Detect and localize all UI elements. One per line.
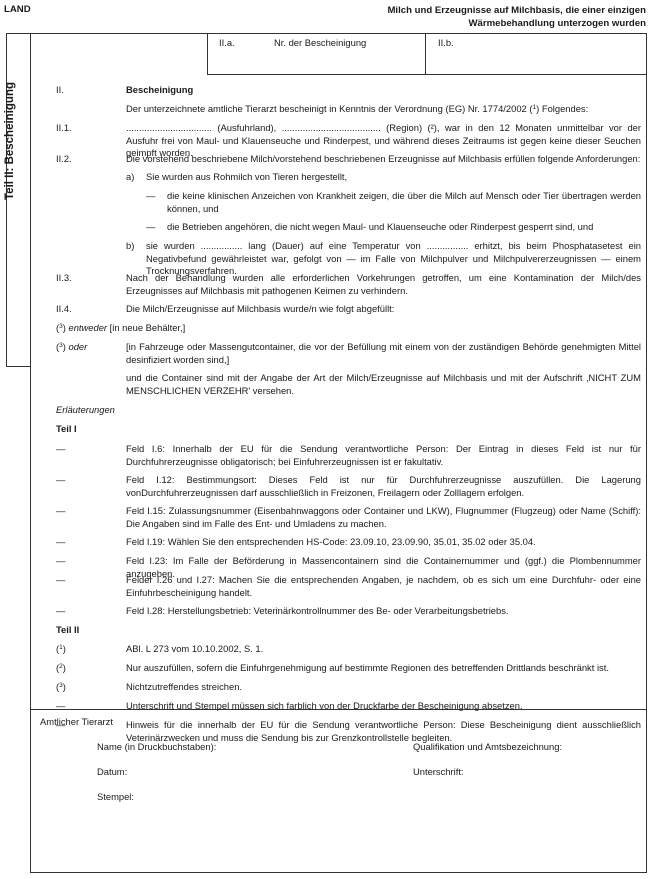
note-marker: — [56,555,65,568]
notes-heading: Erläuterungen [56,404,115,417]
footnote-text: Nichtzutreffendes streichen. [126,681,641,694]
note-text: Felder I.26 und I.27: Machen Sie die ent… [126,574,641,599]
note-text: Feld I.28: Herstellungsbetrieb: Veterinä… [126,605,641,618]
note-marker: — [56,505,65,518]
country-header: LAND [4,4,31,17]
title-line-1: Milch und Erzeugnisse auf Milchbasis, di… [387,4,646,17]
item-number: II.1. [56,122,72,135]
note-text: Feld I.19: Wählen Sie den entsprechenden… [126,536,641,549]
sub-item-number: b) [126,240,134,253]
either-text: [in neue Behälter,] [110,322,186,333]
note-text: Feld I.15: Zulassungsnummer (Eisenbahnwa… [126,505,641,530]
note-marker: — [56,474,65,487]
note-text: Feld I.12: Bestimmungsort: Dieses Feld i… [126,474,641,499]
section-intro: Der unterzeichnete amtliche Tierarzt bes… [126,103,641,116]
footnote-marker: (3) [56,681,66,694]
signature-field-label[interactable]: Unterschrift: [413,766,464,779]
dash-marker: — [146,190,155,203]
footnote-text: ABl. L 273 vom 10.10.2002, S. 1. [126,643,641,656]
sub-item-number: a) [126,171,134,184]
part1-title: Teil I [56,423,77,436]
dash-marker: — [146,221,155,234]
or-option: (3) oder [56,341,87,354]
container-text: und die Container sind mit der Angabe de… [126,372,641,397]
item-number: II.2. [56,153,72,166]
qualification-field-label[interactable]: Qualifikation und Amtsbezeichnung: [413,741,562,754]
field-iia-label: Nr. der Bescheinigung [274,37,366,50]
or-text: [in Fahrzeuge oder Massengutcontainer, d… [126,341,641,366]
certificate-number-box [207,33,647,75]
name-field-label[interactable]: Name (in Druckbuchstaben): [97,741,216,754]
section-number: II. [56,84,64,97]
either-word: entweder [68,322,107,333]
field-iia-number: II.a. [219,37,235,50]
footnote-text: Nur auszufüllen, sofern die Einfuhrgeneh… [126,662,641,675]
note-marker: — [56,605,65,618]
note-marker: — [56,536,65,549]
dash-text: die Betrieben angehören, die nicht wegen… [167,221,641,234]
signature-title: Amtlicher Tierarzt [40,716,113,729]
sidebar-label: Teil II: Bescheinigung [4,82,17,200]
certificate-box-divider [425,33,426,75]
dash-text: die keine klinischen Anzeichen von Krank… [167,190,641,215]
or-word: oder [68,341,87,352]
section-title: Bescheinigung [126,84,193,97]
stamp-field-label[interactable]: Stempel: [97,791,134,804]
title-line-2: Wärmebehandlung unterzogen wurden [387,17,646,30]
note-text: Feld I.6: Innerhalb der EU für die Sendu… [126,443,641,468]
part2-title: Teil II [56,624,79,637]
sub-item-text: Sie wurden aus Rohmilch von Tieren herge… [146,171,641,184]
note-marker: — [56,574,65,587]
item-text: Die vorstehend beschriebene Milch/vorste… [126,153,641,166]
footnote-marker: (2) [56,662,66,675]
item-number: II.4. [56,303,72,316]
item-text: Nach der Behandlung wurden alle erforder… [126,272,641,297]
note-marker: — [56,443,65,456]
date-field-label[interactable]: Datum: [97,766,127,779]
either-option: (3) entweder [in neue Behälter,] [56,322,185,335]
item-number: II.3. [56,272,72,285]
footnote-marker: (1) [56,643,66,656]
item-text: Die Milch/Erzeugnisse auf Milchbasis wur… [126,303,641,316]
field-iib-number: II.b. [438,37,454,50]
document-title: Milch und Erzeugnisse auf Milchbasis, di… [387,4,646,30]
